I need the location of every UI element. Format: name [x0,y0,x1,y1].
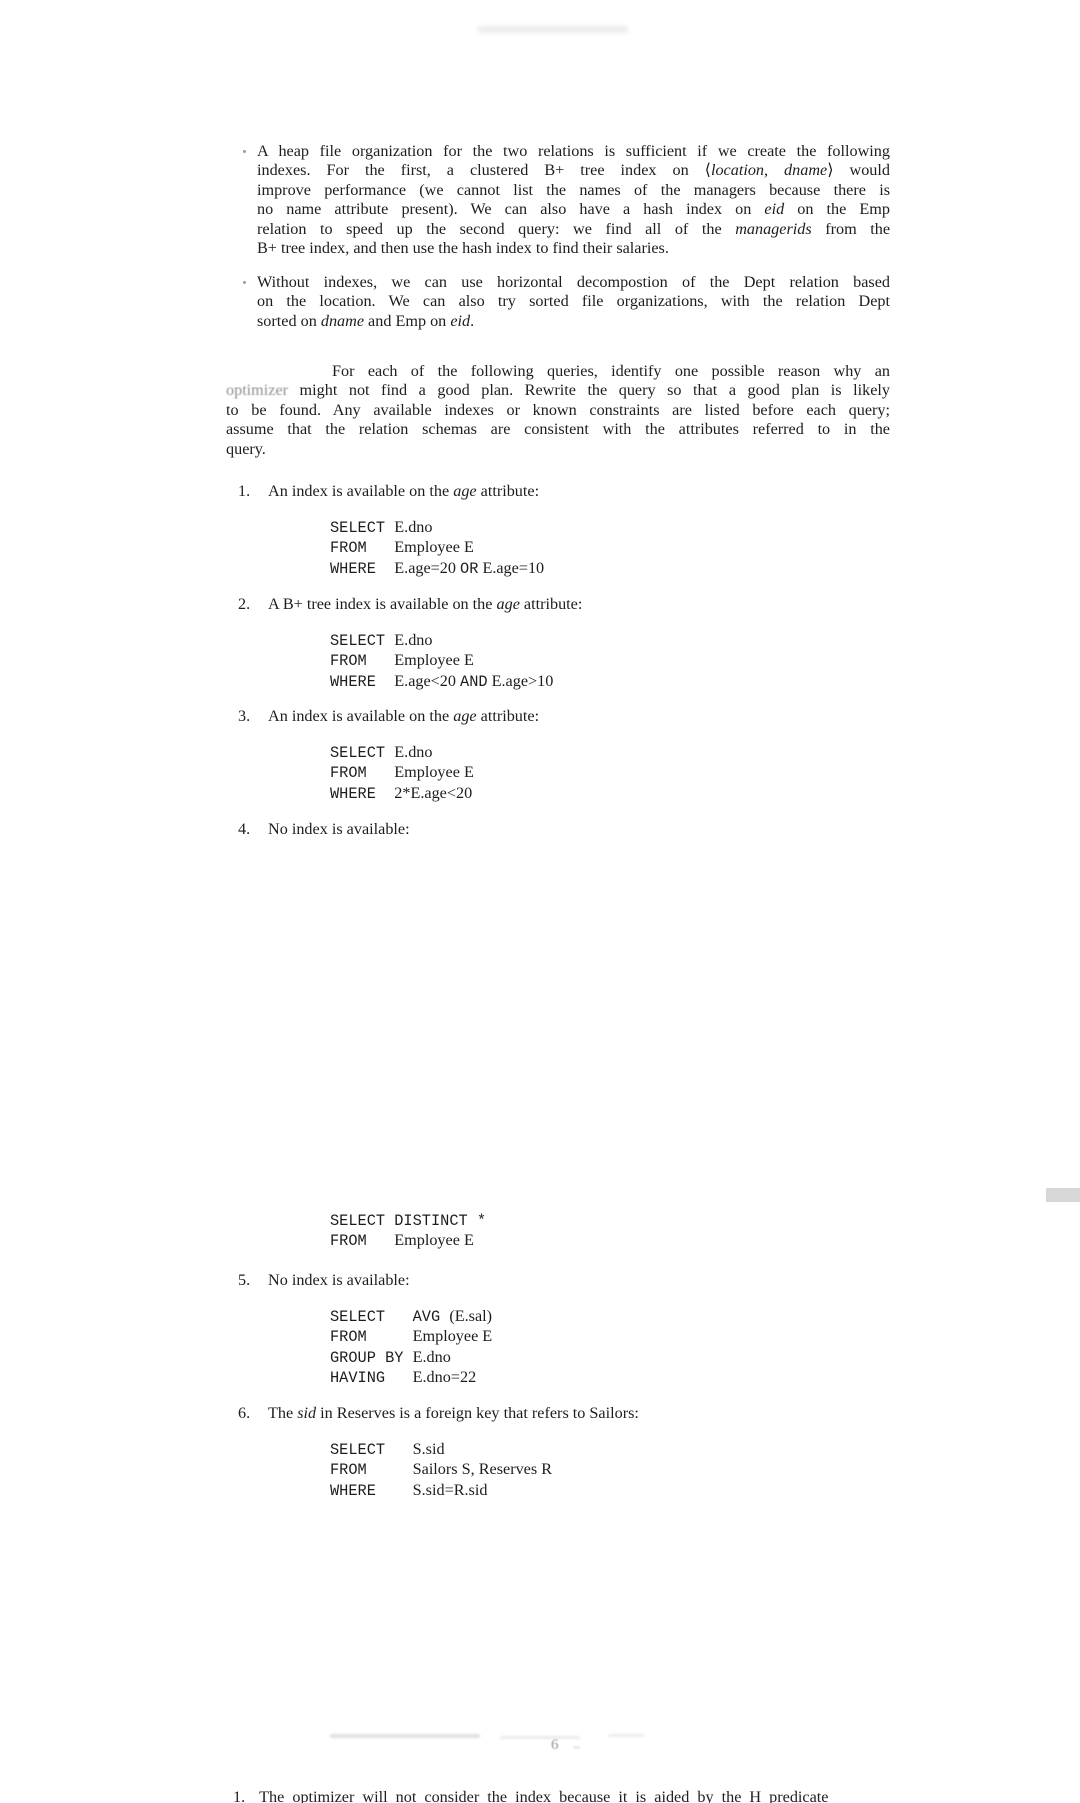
text-line: indexes. For the first, a clustered B+ t… [257,161,890,180]
sql-line: WHERE E.age=20 OR E.age=10 [330,559,544,579]
text-segment: B+ tree index, and then use the hash ind… [257,239,669,257]
text-segment: AVG [413,1308,450,1326]
text-segment: SELECT DISTINCT * [330,1212,486,1230]
clipped-text: The optimizer will not consider the inde… [259,1788,828,1803]
text-segment: Employee E [394,763,474,781]
text-segment: HAVING [330,1369,413,1387]
sql-line: SELECT AVG (E.sal) [330,1307,492,1327]
text-segment: no name attribute present). We can also … [257,200,764,218]
sql-block: SELECT E.dnoFROM Employee EWHERE E.age=2… [330,518,544,579]
text-segment: FROM [330,764,394,782]
text-segment: SELECT [330,632,394,650]
text-segment: E.age>10 [488,672,554,690]
text-segment: on the Emp [784,200,890,218]
text-segment: Without indexes, we can use horizontal d… [257,273,890,291]
scan-artifact [330,1734,480,1738]
text-line: A heap file organization for the two rel… [257,142,890,161]
list-item-4: 4.No index is available: [238,819,410,839]
text-segment: from the [812,220,890,238]
scan-artifact [478,26,628,33]
text-line: assume that the relation schemas are con… [226,420,890,439]
sql-line: FROM Sailors S, Reserves R [330,1460,639,1480]
item-number: 4. [238,819,252,839]
item-label: 2.A B+ tree index is available on the ag… [238,594,582,614]
sql-line: WHERE 2*E.age<20 [330,784,539,804]
text-segment: The [268,1404,297,1422]
scan-artifact [500,1736,580,1739]
text-segment: FROM [330,652,394,670]
text-segment: eid [764,200,784,218]
item-number: 1. [238,481,252,501]
item-label-text: No index is available: [268,1271,410,1289]
text-segment: Employee E [394,651,474,669]
text-segment: age [497,595,520,613]
text-segment: and Emp on [364,312,450,330]
text-segment: indexes. For the first, a clustered B+ t… [257,161,711,179]
text-segment: Employee E [394,1231,474,1249]
text-segment: AND [460,673,488,691]
text-segment: eid [450,312,470,330]
item-label-text: An index is available on the age attribu… [268,707,539,725]
text-segment: FROM [330,1232,394,1250]
item-label: 1.An index is available on the age attri… [238,481,544,501]
text-segment: WHERE [330,673,394,691]
sql-block: SELECT S.sidFROM Sailors S, Reserves RWH… [330,1440,639,1501]
text-segment: For each of the following queries, ident… [332,362,890,380]
text-segment: Employee E [413,1327,493,1345]
text-segment: E.age=10 [478,559,544,577]
text-segment: SELECT [330,744,394,762]
text-segment: location, dname [711,161,827,179]
sql-line: SELECT E.dno [330,518,544,538]
text-segment: A heap file organization for the two rel… [257,142,890,160]
sql-line: FROM Employee E [330,1231,486,1251]
page-number: 6 [551,1737,559,1754]
text-segment: WHERE [330,560,394,578]
item-number: 5. [238,1270,252,1290]
bullet-icon [243,150,246,153]
text-segment: (E.sal) [449,1307,492,1325]
text-segment: S.sid [413,1440,445,1458]
list-item-5: 5.No index is available: SELECT AVG (E.s… [238,1270,492,1388]
bullet-text: Without indexes, we can use horizontal d… [257,273,890,331]
text-segment: 2*E.age<20 [394,784,472,802]
item-label: 5.No index is available: [238,1270,492,1290]
item-label: 4.No index is available: [238,819,410,839]
text-segment: SELECT [330,1308,413,1326]
sql-line: FROM Employee E [330,538,544,558]
scan-artifact [608,1734,644,1737]
sql-line: SELECT E.dno [330,631,582,651]
text-segment: E.dno [394,743,432,761]
text-line: on the location. We can also try sorted … [257,292,890,311]
document-page: A heap file organization for the two rel… [0,0,1080,1803]
item-number: 1. [233,1788,245,1803]
clipped-bottom-line: 1.The optimizer will not consider the in… [233,1788,953,1803]
item-label-text: An index is available on the age attribu… [268,482,539,500]
text-segment: A B+ tree index is available on the [268,595,497,613]
bullet-text: A heap file organization for the two rel… [257,142,890,258]
text-segment: E.dno [394,518,432,536]
text-segment: E.age<20 [394,672,460,690]
text-segment: might not find a good plan. Rewrite the … [288,381,890,399]
scan-artifact [573,1746,580,1749]
text-segment: in Reserves is a foreign key that refers… [316,1404,639,1422]
item-label: 3.An index is available on the age attri… [238,706,539,726]
sql-line: FROM Employee E [330,763,539,783]
text-segment: ⟩ would [827,161,890,179]
sql-line: SELECT DISTINCT * [330,1211,486,1231]
sql-line: WHERE E.age<20 AND E.age>10 [330,672,582,692]
text-segment: E.dno=22 [413,1368,477,1386]
text-segment: relation to speed up the second query: w… [257,220,735,238]
sql-line: HAVING E.dno=22 [330,1368,492,1388]
text-segment: attribute: [520,595,582,613]
text-segment: age [453,482,476,500]
sql-line: SELECT S.sid [330,1440,639,1460]
text-segment: E.age=20 [394,559,460,577]
text-segment: sid [297,1404,316,1422]
text-line: relation to speed up the second query: w… [257,220,890,239]
text-segment: E.dno [394,631,432,649]
text-segment: improve performance (we cannot list the … [257,181,890,199]
text-line: improve performance (we cannot list the … [257,181,890,200]
sql-line: SELECT E.dno [330,743,539,763]
item-label-text: No index is available: [268,820,410,838]
sql-line: FROM Employee E [330,651,582,671]
bullet-item-without-indexes: Without indexes, we can use horizontal d… [257,273,890,331]
text-segment: E.dno [413,1348,451,1366]
bullet-icon [243,281,246,284]
text-segment: WHERE [330,1482,413,1500]
list-item-3: 3.An index is available on the age attri… [238,706,539,804]
text-segment: to be found. Any available indexes or kn… [226,401,890,419]
text-segment: Sailors S, Reserves R [413,1460,552,1478]
text-segment: on the location. We can also try sorted … [257,292,890,310]
text-segment: optimizer [226,381,288,399]
item-number: 2. [238,594,252,614]
text-segment: WHERE [330,785,394,803]
sql-block: SELECT E.dnoFROM Employee EWHERE E.age<2… [330,631,582,692]
text-line: no name attribute present). We can also … [257,200,890,219]
text-segment: assume that the relation schemas are con… [226,420,890,438]
item-label-text: A B+ tree index is available on the age … [268,595,582,613]
text-line: sorted on dname and Emp on eid. [257,312,890,331]
text-segment: FROM [330,1328,413,1346]
text-segment: OR [460,560,478,578]
text-line: For each of the following queries, ident… [226,362,890,381]
text-segment: attribute: [477,482,539,500]
item-label: 6.The sid in Reserves is a foreign key t… [238,1403,639,1423]
list-item-2: 2.A B+ tree index is available on the ag… [238,594,582,692]
text-segment: query. [226,440,266,458]
text-line: B+ tree index, and then use the hash ind… [257,239,890,258]
text-segment: . [470,312,474,330]
text-segment: attribute: [477,707,539,725]
text-line: Without indexes, we can use horizontal d… [257,273,890,292]
text-segment: dname [321,312,364,330]
item-label-text: The sid in Reserves is a foreign key tha… [268,1404,639,1422]
text-line: optimizer might not find a good plan. Re… [226,381,890,400]
bullet-item-heap-file: A heap file organization for the two rel… [257,142,890,258]
sql-block: SELECT E.dnoFROM Employee EWHERE 2*E.age… [330,743,539,804]
text-segment: No index is available: [268,820,410,838]
list-item-1: 1.An index is available on the age attri… [238,481,544,579]
sql-block: SELECT AVG (E.sal)FROM Employee EGROUP B… [330,1307,492,1388]
intro-paragraph: For each of the following queries, ident… [226,362,890,459]
sql-line: WHERE S.sid=R.sid [330,1481,639,1501]
text-segment: Employee E [394,538,474,556]
text-segment: managerids [735,220,811,238]
scan-artifact [1046,1188,1080,1202]
text-segment: SELECT [330,519,394,537]
text-segment: SELECT [330,1441,413,1459]
text-line: query. [226,440,890,459]
text-segment: S.sid=R.sid [413,1481,488,1499]
text-segment: sorted on [257,312,321,330]
list-item-6: 6.The sid in Reserves is a foreign key t… [238,1403,639,1501]
text-segment: No index is available: [268,1271,410,1289]
text-segment: age [453,707,476,725]
sql-line: GROUP BY E.dno [330,1348,492,1368]
text-segment: FROM [330,539,394,557]
text-segment: FROM [330,1461,413,1479]
item-number: 6. [238,1403,252,1423]
text-segment: An index is available on the [268,482,453,500]
text-line: to be found. Any available indexes or kn… [226,401,890,420]
text-segment: An index is available on the [268,707,453,725]
sql-block: SELECT DISTINCT *FROM Employee E [330,1211,486,1252]
sql-line: FROM Employee E [330,1327,492,1347]
item-number: 3. [238,706,252,726]
text-segment: GROUP BY [330,1349,413,1367]
